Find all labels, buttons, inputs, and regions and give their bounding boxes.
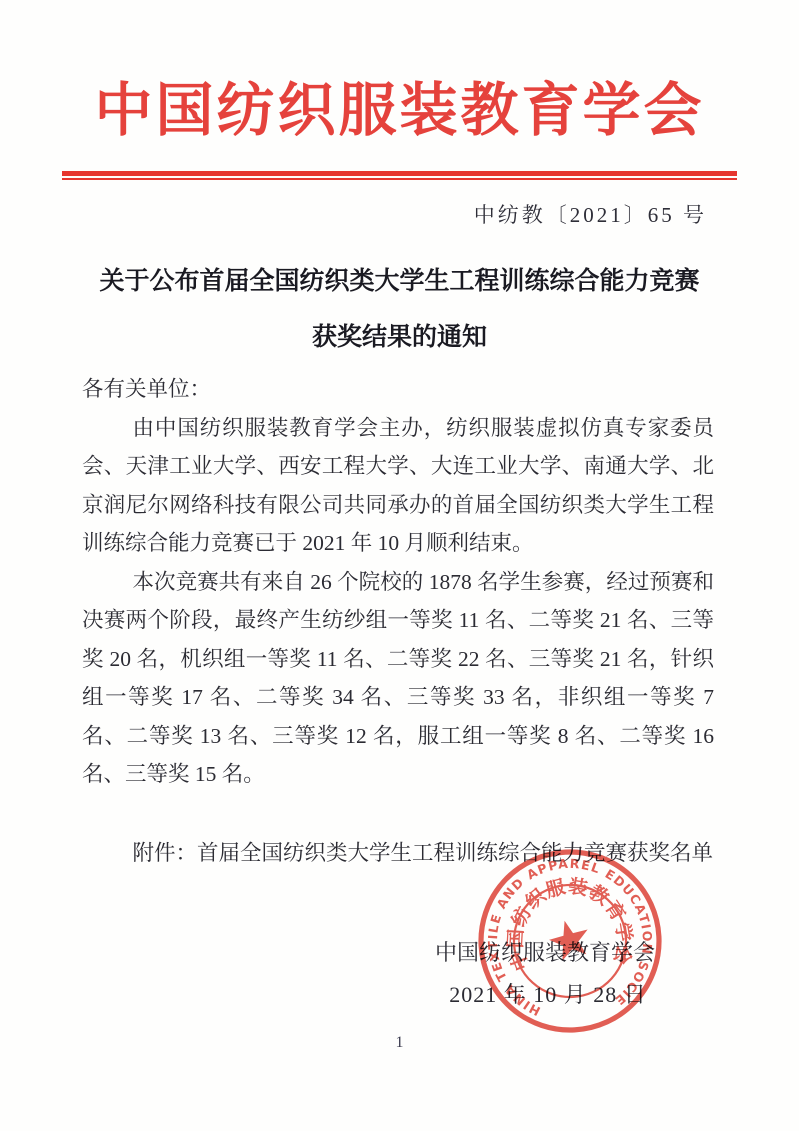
official-seal-stamp: CHINA TEXTILE AND APPAREL EDUCATION SOCI…	[463, 834, 677, 1048]
letterhead-divider	[62, 171, 737, 180]
body-paragraph-1: 由中国纺织服装教育学会主办，纺织服装虚拟仿真专家委员会、天津工业大学、西安工程大…	[82, 409, 714, 563]
letterhead-org-name: 中国纺织服装教育学会	[0, 72, 799, 150]
document-body: 各有关单位： 由中国纺织服装教育学会主办，纺织服装虚拟仿真专家委员会、天津工业大…	[82, 370, 714, 872]
document-title: 关于公布首届全国纺织类大学生工程训练综合能力竞赛 获奖结果的通知	[0, 254, 799, 366]
divider-thin-line	[62, 178, 737, 180]
page-number: 1	[0, 1034, 799, 1052]
official-notice-page: 中国纺织服装教育学会 中纺教〔2021〕65 号 关于公布首届全国纺织类大学生工…	[0, 0, 799, 1131]
star-icon	[545, 916, 593, 963]
body-paragraph-2: 本次竞赛共有来自 26 个院校的 1878 名学生参赛，经过预赛和决赛两个阶段，…	[82, 563, 714, 794]
divider-thick-line	[62, 171, 737, 176]
document-title-line-2: 获奖结果的通知	[312, 324, 487, 351]
document-title-line-1: 关于公布首届全国纺织类大学生工程训练综合能力竞赛	[99, 268, 699, 295]
document-number: 中纺教〔2021〕65 号	[474, 199, 707, 229]
salutation-line: 各有关单位：	[82, 370, 714, 409]
